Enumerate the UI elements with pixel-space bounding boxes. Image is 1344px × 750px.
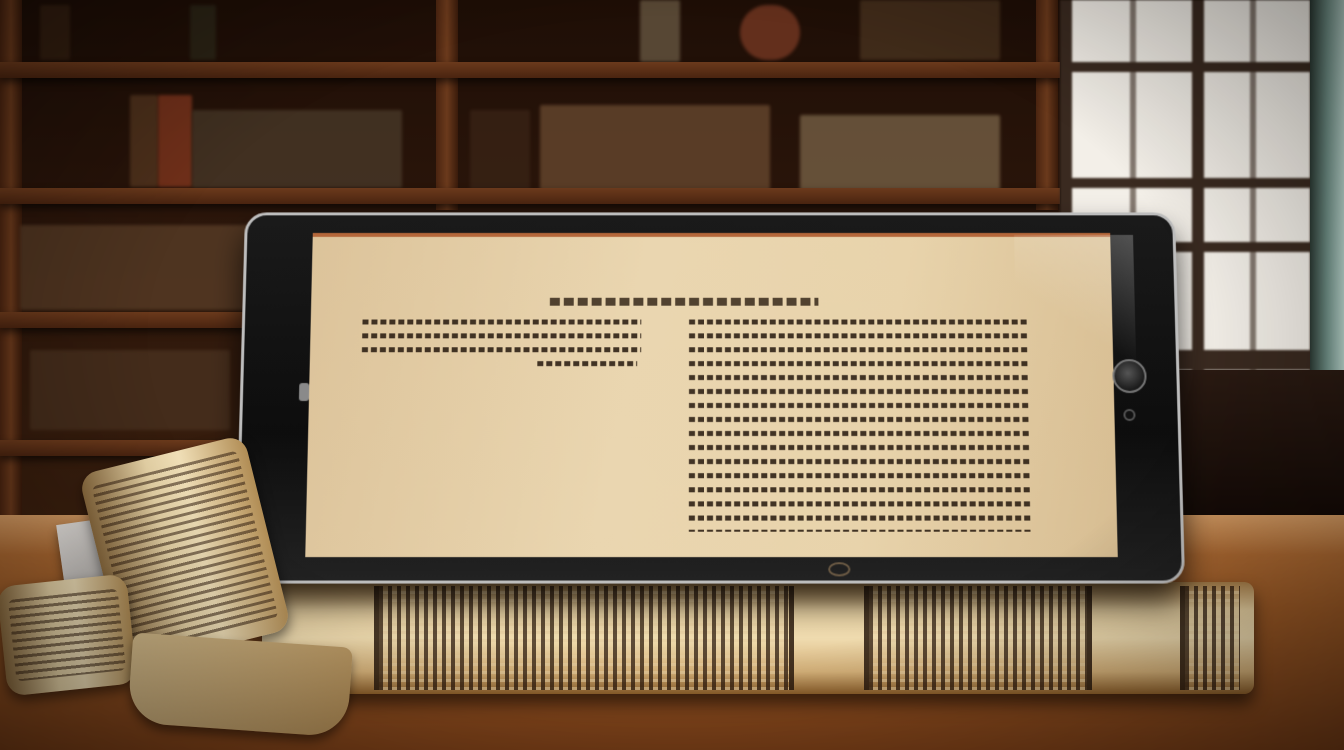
scroll-text-band [374,586,794,690]
book [192,110,402,188]
right-column-text [689,320,1032,532]
horizontal-scroll [262,582,1254,694]
book [800,115,1000,191]
book [640,0,680,62]
paper-curl [127,632,353,737]
shelf-post [436,0,458,210]
window-mullion [1250,0,1256,390]
window-transom [1060,62,1344,72]
tablet-screen [305,233,1118,557]
book [130,95,158,187]
left-column-text [362,320,642,360]
book [470,110,530,190]
book [20,225,270,310]
home-button[interactable] [1112,359,1147,393]
camera-sensor-icon [1123,409,1135,421]
document-heading [550,298,819,306]
screen-glare [1014,235,1136,373]
shelf-plank [0,62,1060,78]
window-transom [1060,178,1344,188]
side-port-icon [299,383,309,401]
shelf-plank [0,312,270,328]
library-scene [0,0,1344,750]
rolled-scroll-left [0,574,137,697]
window-mullion [1192,0,1204,390]
book [860,0,1000,60]
window-frame [1310,0,1344,390]
book [740,5,800,60]
book [540,105,770,191]
scroll-text [8,588,126,681]
tablet [235,212,1185,583]
shelf-post [1036,0,1058,210]
scroll-text-band [1180,586,1240,690]
book [190,5,216,60]
book [30,350,230,430]
book [40,5,70,60]
scroll-text-band [864,586,1092,690]
shelf-plank [0,188,1060,204]
bottom-button[interactable] [828,562,850,576]
book [158,95,192,187]
left-column-caption [537,361,637,371]
